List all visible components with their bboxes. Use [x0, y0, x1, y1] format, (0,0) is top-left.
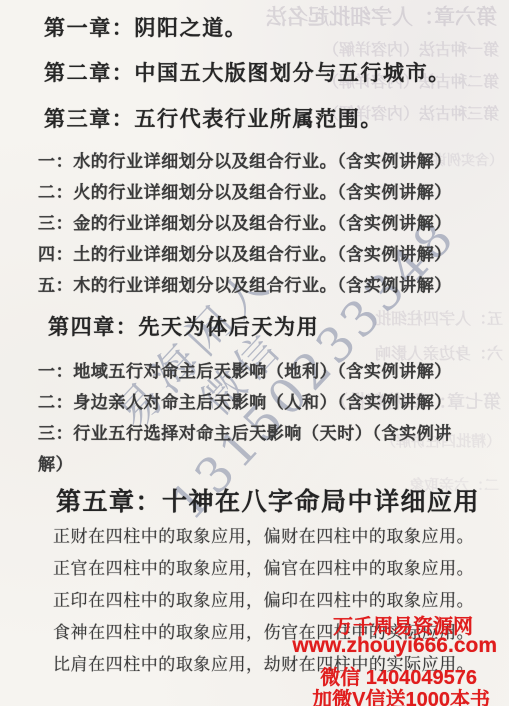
promo-offer: 加微V信送1000本书 [312, 683, 490, 706]
chapter-2-title: 第二章：中国五大版图划分与五行城市。 [44, 57, 451, 87]
chapter-3-item-earth: 四：土的行业详细划分以及组合行业。（含实例讲解） [38, 240, 452, 265]
chapter-1-title: 第一章：阴阳之道。 [44, 12, 247, 42]
chapter-5-para-zhengguan: 正官在四柱中的取象应用，偏官在四柱中的取象应用。 [53, 554, 474, 579]
scanned-book-page: 第六章：人字细批起名法 第一种古法（内容详解） 第二种古法（内容详解） 第三种古… [0, 0, 509, 706]
promo-url: www.zhouyi666.com [292, 634, 497, 658]
chapter-3-item-water: 一：水的行业详细划分以及组合行业。（含实例讲解） [38, 147, 452, 172]
chapter-4-title: 第四章：先天为体后天为用 [48, 311, 319, 341]
chapter-3-item-wood: 五：木的行业详细划分以及组合行业。（含实例讲解） [38, 271, 452, 296]
bleedthrough-line: 五：人字四柱细批 [375, 306, 503, 329]
chapter-3-item-fire: 二：火的行业详细划分以及组合行业。（含实例讲解） [38, 178, 452, 203]
chapter-4-item-industry-wrap: 解） [38, 450, 73, 475]
chapter-5-para-zhengcai: 正财在四柱中的取象应用，偏财在四柱中的取象应用。 [53, 522, 474, 547]
bleedthrough-line: 第六章：人字细批起名法 [266, 1, 497, 31]
chapter-4-item-industry: 三：行业五行选择对命主后天影响（天时）（含实例讲 [38, 419, 452, 444]
chapter-3-title: 第三章：五行代表行业所属范围。 [44, 103, 383, 133]
chapter-5-para-zhengyin: 正印在四柱中的取象应用，偏印在四柱中的取象应用。 [53, 586, 474, 611]
chapter-5-title: 第五章：十神在八字命局中详细应用 [56, 482, 480, 518]
chapter-3-item-metal: 三：金的行业详细划分以及组合行业。（含实例讲解） [38, 209, 452, 234]
chapter-4-item-family: 二：身边亲人对命主后天影响（人和）（含实例讲解） [38, 388, 452, 413]
chapter-4-item-region: 一：地域五行对命主后天影响（地利）（含实例讲解） [38, 357, 452, 382]
